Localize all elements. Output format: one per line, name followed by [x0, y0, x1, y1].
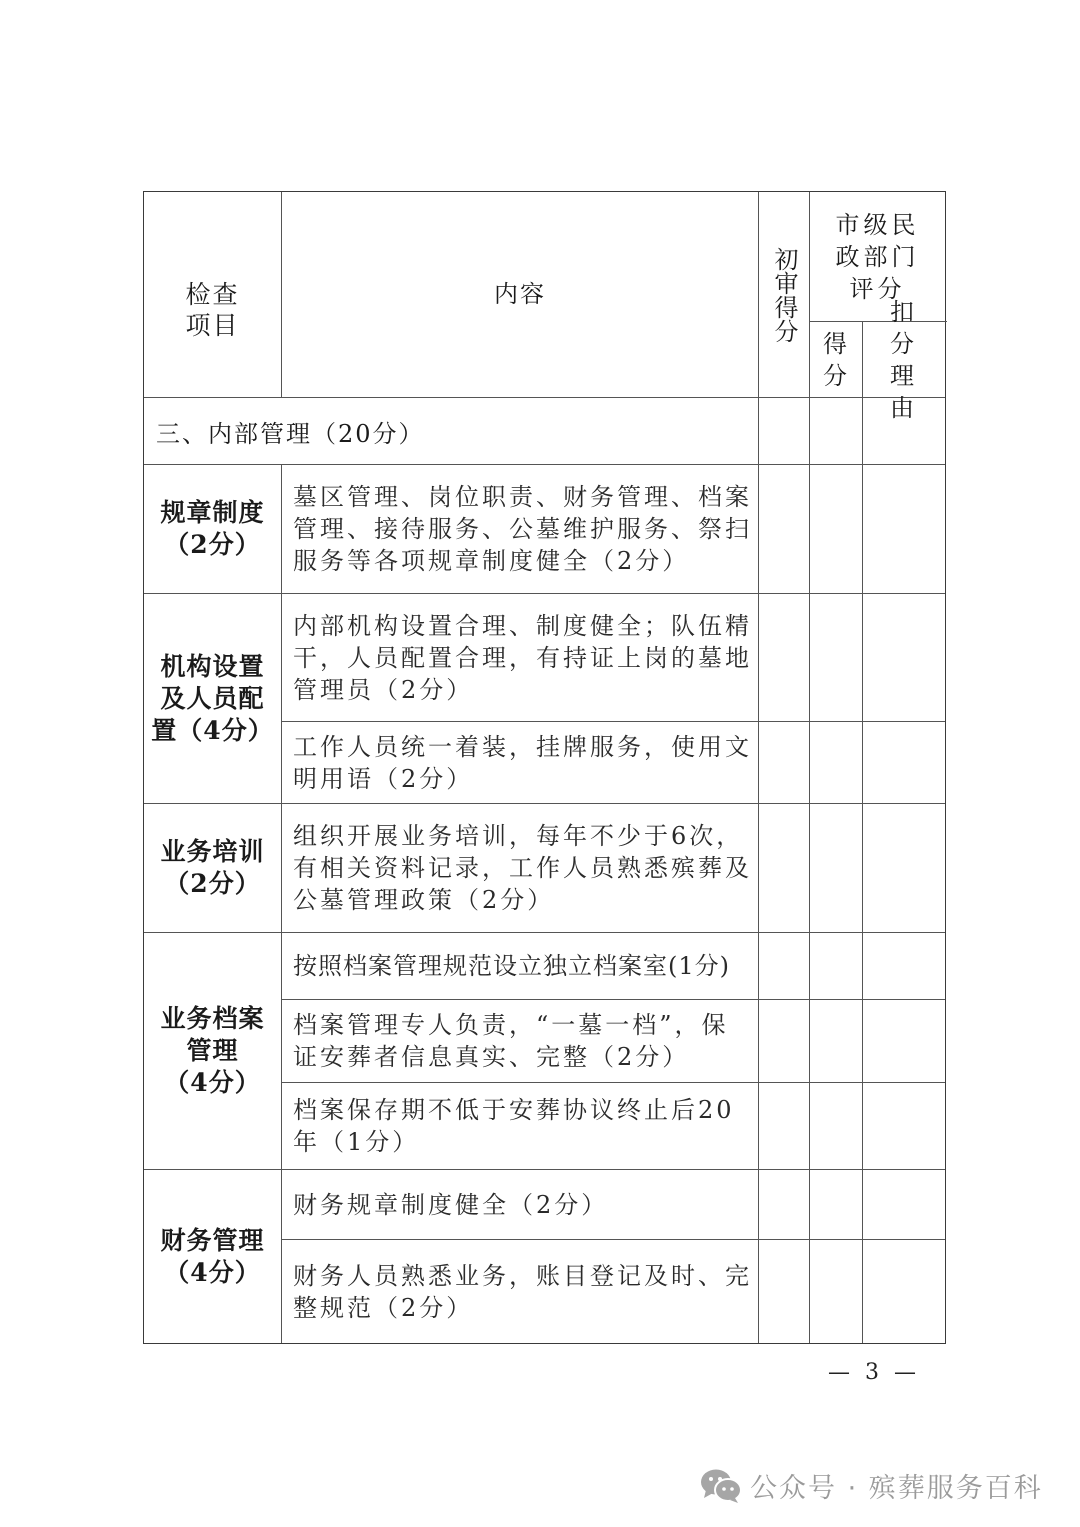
row-content-finance-2: 财务人员熟悉业务，账目登记及时、完整规范（2分）: [282, 1240, 758, 1343]
header-content-label: 内容: [494, 279, 546, 310]
header-city-dept-label: 市级民政部门评分: [822, 209, 933, 305]
header-item-col: 检查 项目: [144, 192, 281, 397]
row-item-rules: 规章制度 （2分）: [144, 465, 281, 593]
row-item-training: 业务培训 （2分）: [144, 804, 281, 932]
header-content-col: 内容: [282, 192, 758, 397]
row-item-finance: 财务管理 （4分）: [144, 1170, 281, 1343]
watermark: 公众号 · 殡葬服务百科: [700, 1466, 1043, 1505]
header-initial-score-label: 初审得分: [771, 247, 797, 343]
document-page: 检查 项目 内容 初审得分 市级民政部门评分 得分 扣分理由 三、内部管理（20…: [0, 0, 1080, 1527]
row-content-archives-2: 档案管理专人负责，“一墓一档”，保证安葬者信息真实、完整（2分）: [282, 1000, 758, 1082]
header-deduction-reason-col: 扣分理由: [863, 322, 945, 397]
wechat-icon: [700, 1468, 742, 1504]
watermark-text: 公众号 · 殡葬服务百科: [750, 1466, 1043, 1505]
row-item-archives: 业务档案 管理 （4分）: [144, 933, 281, 1169]
row-item-organization: 机构设置 及人员配 置（4分）: [144, 594, 281, 803]
grid-line: [862, 321, 863, 1343]
section-title: 三、内部管理（20分）: [156, 414, 425, 449]
header-score-col: 得分: [810, 322, 862, 397]
header-score-label: 得分: [822, 328, 850, 392]
row-content-archives-1: 按照档案管理规范设立独立档案室(1分): [282, 933, 758, 999]
row-content-organization-2: 工作人员统一着装，挂牌服务，使用文明用语（2分）: [282, 722, 758, 803]
header-deduction-reason-label: 扣分理由: [877, 296, 931, 424]
inspection-table: 检查 项目 内容 初审得分 市级民政部门评分 得分 扣分理由 三、内部管理（20…: [143, 191, 946, 1344]
section-title-row: 三、内部管理（20分）: [144, 398, 758, 464]
row-content-archives-3: 档案保存期不低于安葬协议终止后20年（1分）: [282, 1083, 758, 1169]
row-content-rules-1: 墓区管理、岗位职责、财务管理、档案管理、接待服务、公墓维护服务、祭扫服务等各项规…: [282, 465, 758, 593]
header-item-label: 检查 项目: [185, 248, 239, 341]
row-content-organization-1: 内部机构设置合理、制度健全；队伍精干，人员配置合理，有持证上岗的墓地管理员（2分…: [282, 594, 758, 721]
row-content-finance-1: 财务规章制度健全（2分）: [282, 1170, 758, 1239]
header-initial-score-col: 初审得分: [759, 192, 809, 397]
row-content-training-1: 组织开展业务培训，每年不少于6次，有相关资料记录，工作人员熟悉殡葬及公墓管理政策…: [282, 804, 758, 932]
page-number: — 3 —: [828, 1360, 920, 1385]
